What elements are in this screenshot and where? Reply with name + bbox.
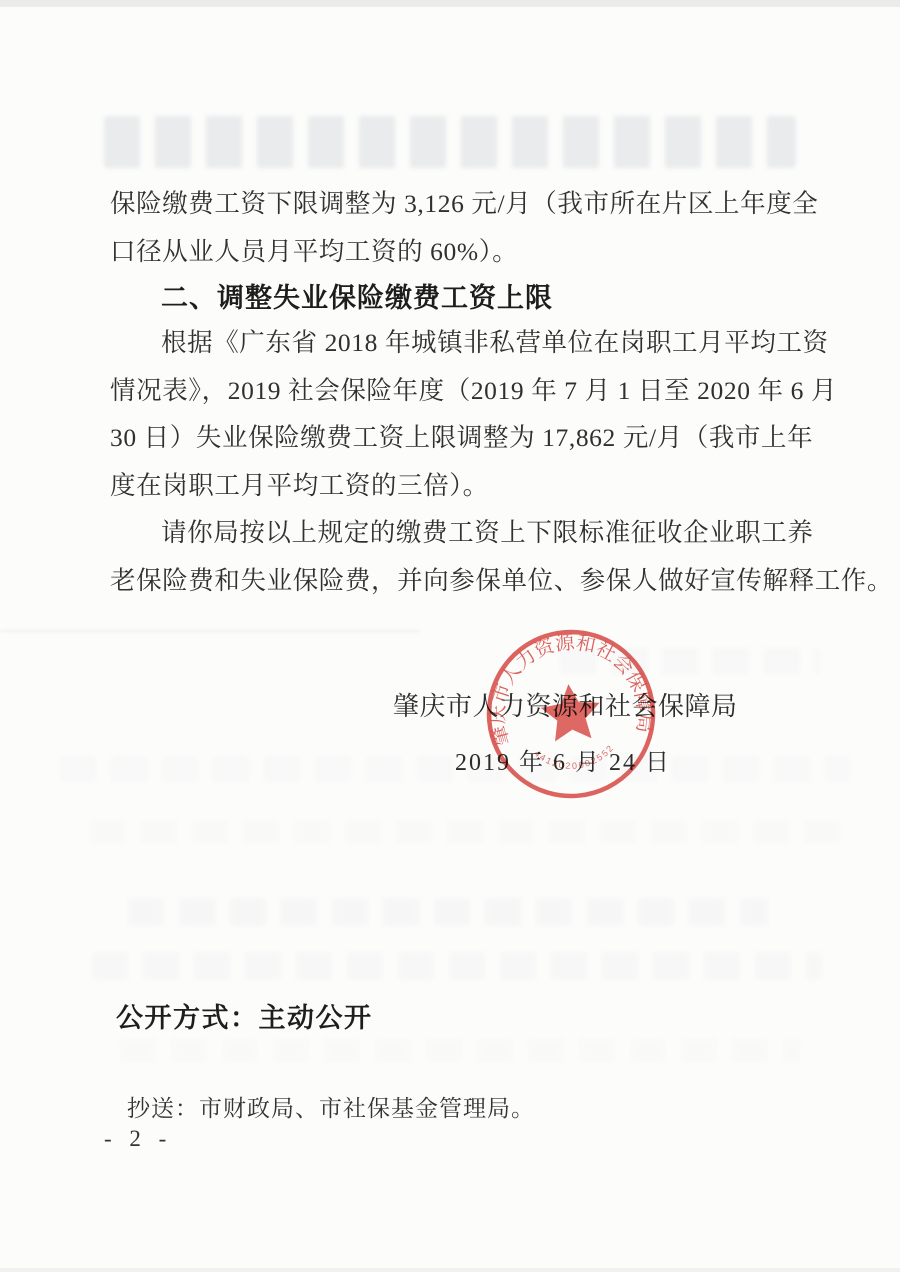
scan-edge-artifact <box>0 1268 900 1272</box>
document-page: 保险缴费工资下限调整为 3,126 元/月（我市所在片区上年度全 口径从业人员月… <box>0 0 900 1272</box>
body-line: 保险缴费工资下限调整为 3,126 元/月（我市所在片区上年度全 <box>110 184 794 220</box>
bleed-through-text-artifact <box>120 1038 800 1062</box>
official-seal-stamp: 肇庆市人力资源和社会保障局 4412020002552 <box>476 619 667 810</box>
body-line: 根据《广东省 2018 年城镇非私营单位在岗职工月平均工资 <box>110 323 845 359</box>
body-line: 老保险费和失业保险费，并向参保单位、参保人做好宣传解释工作。 <box>110 561 794 597</box>
bleed-through-text-artifact <box>92 952 822 980</box>
body-line: 请你局按以上规定的缴费工资上下限标准征收企业职工养 <box>110 513 845 549</box>
body-line: 30 日）失业保险缴费工资上限调整为 17,862 元/月（我市上年 <box>110 418 794 454</box>
seal-serial-number: 4412020002552 <box>532 741 618 774</box>
page-number: - 2 - <box>104 1126 172 1152</box>
body-line: 情况表》，2019 社会保险年度（2019 年 7 月 1 日至 2020 年 … <box>110 371 794 407</box>
body-line: 口径从业人员月平均工资的 60%）。 <box>110 232 794 268</box>
section-heading: 二、调整失业保险缴费工资上限 <box>110 276 845 315</box>
body-line: 度在岗职工月平均工资的三倍）。 <box>110 466 794 502</box>
bleed-through-text-artifact <box>128 898 768 926</box>
seal-serial-container: 4412020002552 <box>532 741 618 774</box>
scan-edge-artifact <box>0 0 900 7</box>
paper-crease <box>0 630 420 632</box>
bleed-through-text-artifact <box>104 116 796 168</box>
publicity-method: 公开方式：主动公开 <box>116 996 373 1035</box>
star-icon <box>539 682 603 743</box>
bleed-through-text-artifact <box>90 820 850 844</box>
cc-note: 抄送：市财政局、市社保基金管理局。 <box>127 1090 535 1123</box>
